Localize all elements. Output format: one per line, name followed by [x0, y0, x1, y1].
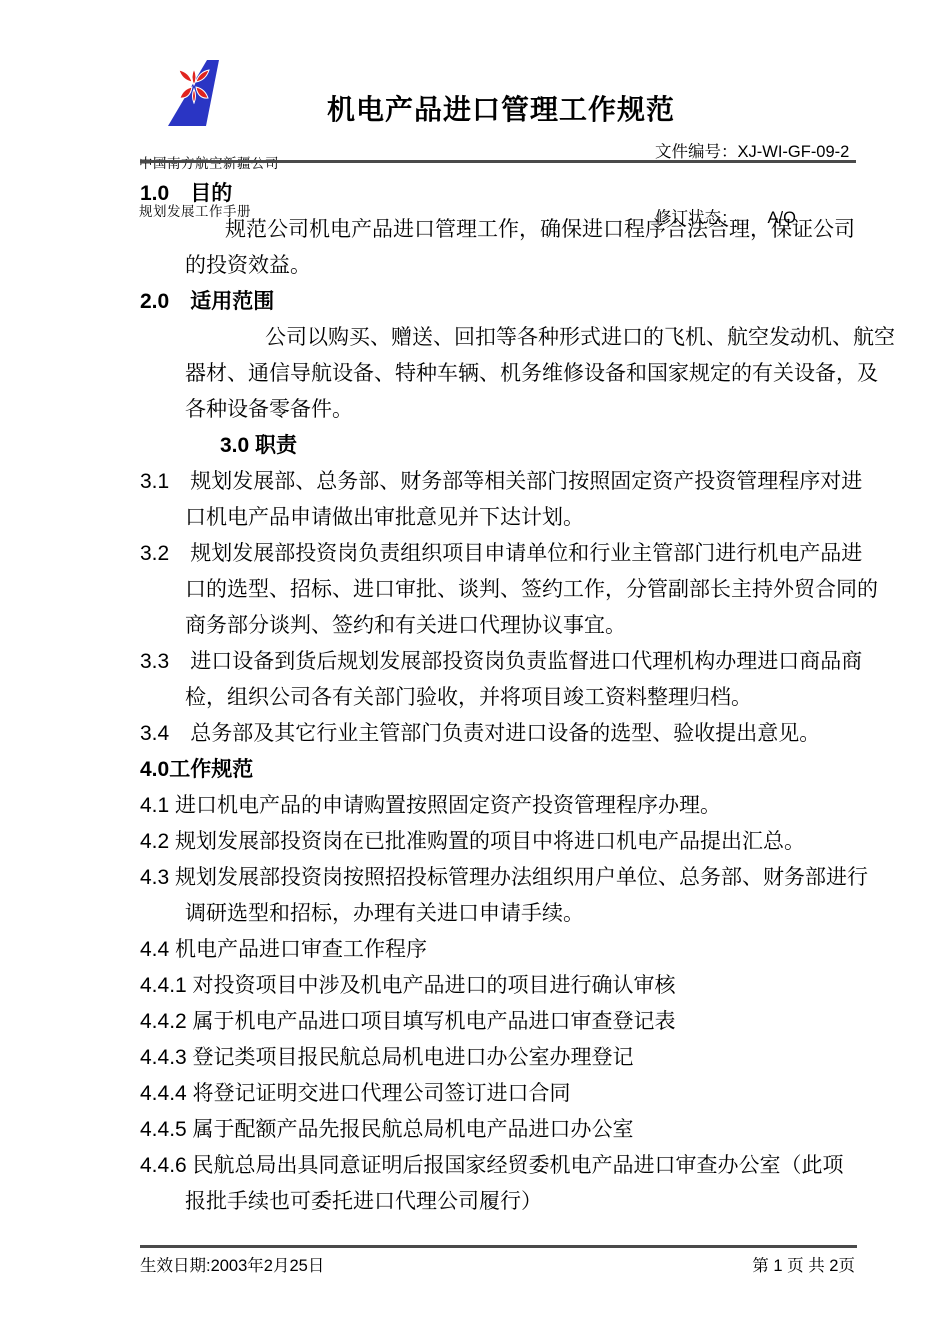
page-number: 第 1 页 共 2页 — [752, 1252, 855, 1276]
header-divider — [140, 160, 856, 163]
doc-line: 3.3 进口设备到货后规划发展部投资岗负责监督进口代理机构办理进口商品商 — [140, 644, 856, 680]
doc-line: 4.2 规划发展部投资岗在已批准购置的项目中将进口机电产品提出汇总。 — [140, 824, 856, 860]
doc-line: 器材、通信导航设备、特种车辆、机务维修设备和国家规定的有关设备，及 — [140, 356, 856, 392]
doc-line: 4.4 机电产品进口审查工作程序 — [140, 932, 856, 968]
doc-line: 检，组织公司各有关部门验收，并将项目竣工资料整理归档。 — [140, 680, 856, 716]
section-heading-purpose: 1.0 目的 — [140, 176, 856, 212]
doc-line: 4.4.3 登记类项目报民航总局机电进口办公室办理登记 — [140, 1040, 856, 1076]
section-heading-duties: 3.0 职责 — [140, 428, 856, 464]
doc-line: 4.4.6 民航总局出具同意证明后报国家经贸委机电产品进口审查办公室（此项 — [140, 1148, 856, 1184]
doc-line: 调研选型和招标，办理有关进口申请手续。 — [140, 896, 856, 932]
document-page: 中国南方航空新疆公司 规划发展工作手册 机电产品进口管理工作规范 文件编号：XJ… — [0, 0, 950, 1344]
section-heading-workspec: 4.0工作规范 — [140, 752, 856, 788]
doc-line: 4.4.5 属于配额产品先报民航总局机电产品进口办公室 — [140, 1112, 856, 1148]
doc-line: 4.1 进口机电产品的申请购置按照固定资产投资管理程序办理。 — [140, 788, 856, 824]
effective-date: 生效日期:2003年2月25日 — [140, 1252, 324, 1276]
doc-line: 3.2 规划发展部投资岗负责组织项目申请单位和行业主管部门进行机电产品进 — [140, 536, 856, 572]
doc-line: 4.4.1 对投资项目中涉及机电产品进口的项目进行确认审核 — [140, 968, 856, 1004]
doc-line: 4.3 规划发展部投资岗按照招投标管理办法组织用户单位、总务部、财务部进行 — [140, 860, 856, 896]
doc-line: 3.1 规划发展部、总务部、财务部等相关部门按照固定资产投资管理程序对进 — [140, 464, 856, 500]
doc-line: 商务部分谈判、签约和有关进口代理协议事宜。 — [140, 608, 856, 644]
china-southern-airlines-logo-icon — [160, 56, 220, 128]
doc-line: 4.4.4 将登记证明交进口代理公司签订进口合同 — [140, 1076, 856, 1112]
document-body: 1.0 目的 规范公司机电产品进口管理工作，确保进口程序合法合理，保证公司 的投… — [140, 176, 856, 1220]
company-name: 中国南方航空新疆公司 — [139, 156, 279, 172]
doc-line: 公司以购买、赠送、回扣等各种形式进口的飞机、航空发动机、航空 — [140, 320, 856, 356]
doc-line: 报批手续也可委托进口代理公司履行） — [140, 1184, 856, 1220]
doc-line: 各种设备零备件。 — [140, 392, 856, 428]
section-heading-scope: 2.0 适用范围 — [140, 284, 856, 320]
footer-divider — [140, 1245, 857, 1248]
doc-line: 规范公司机电产品进口管理工作，确保进口程序合法合理，保证公司 — [140, 212, 856, 248]
doc-number-value: XJ-WI-GF-09-2 — [738, 143, 850, 161]
doc-line: 4.4.2 属于机电产品进口项目填写机电产品进口审查登记表 — [140, 1004, 856, 1040]
doc-line: 的投资效益。 — [140, 248, 856, 284]
page-title: 机电产品进口管理工作规范 — [327, 88, 675, 128]
doc-number-label: 文件编号： — [655, 143, 738, 161]
doc-line: 3.4 总务部及其它行业主管部门负责对进口设备的选型、验收提出意见。 — [140, 716, 856, 752]
doc-line: 口的选型、招标、进口审批、谈判、签约工作，分管副部长主持外贸合同的 — [140, 572, 856, 608]
doc-line: 口机电产品申请做出审批意见并下达计划。 — [140, 500, 856, 536]
